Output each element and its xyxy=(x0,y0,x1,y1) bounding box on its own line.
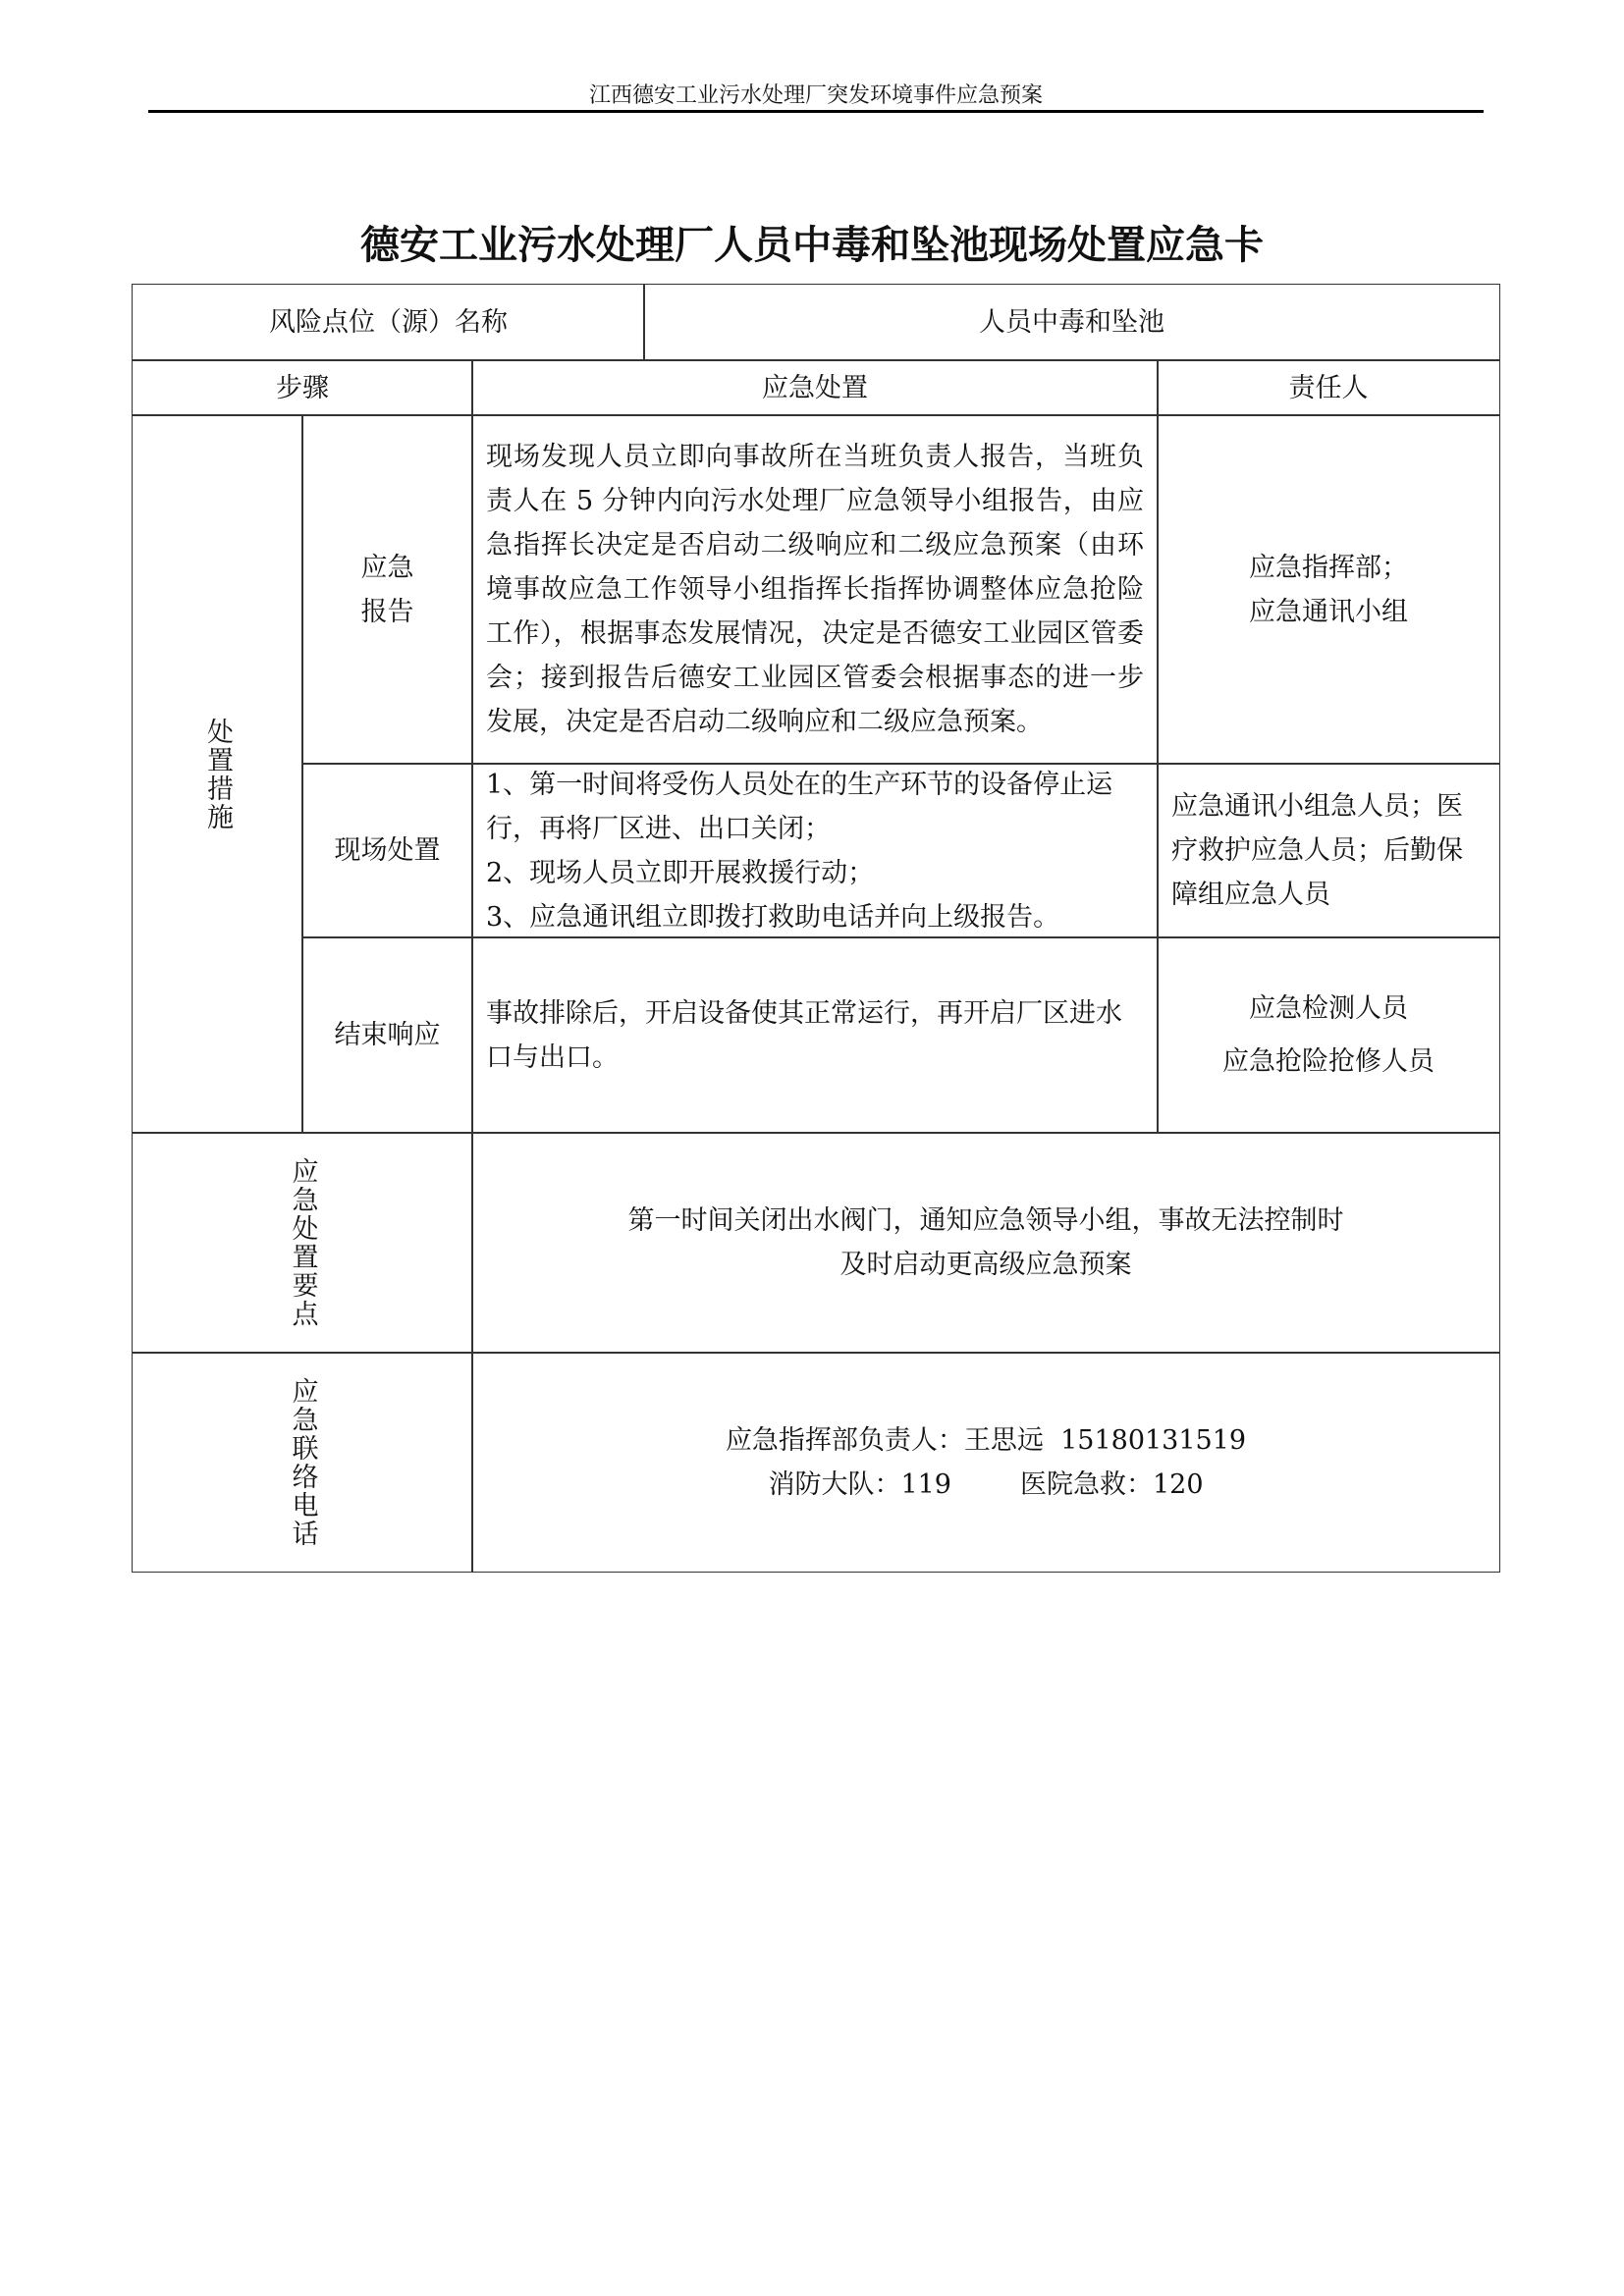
col-owner-header: 责任人 xyxy=(1157,359,1500,416)
col-owner-label: 责任人 xyxy=(1289,366,1369,410)
page-title: 德安工业污水处理厂人员中毒和坠池现场处置应急卡 xyxy=(0,214,1624,270)
contacts-cell: 应急指挥部负责人：王思远 15180131519 消防大队：119医院急救：12… xyxy=(471,1352,1500,1573)
running-header: 江西德安工业污水处理厂突发环境事件应急预案 xyxy=(148,79,1484,109)
step-name-line: 报告 xyxy=(361,590,414,634)
owner-line: 应急指挥部； xyxy=(1249,546,1408,590)
risk-value: 人员中毒和坠池 xyxy=(979,300,1164,345)
step-onsite-action: 1、第一时间将受伤人员处在的生产环节的设备停止运行，再将厂区进、出口关闭； 2、… xyxy=(471,763,1159,938)
owner-line: 应急通讯小组 xyxy=(1249,590,1408,634)
key-points-line: 第一时间关闭出水阀门，通知应急领导小组，事故无法控制时 xyxy=(628,1199,1344,1243)
owner-line: 应急抢险抢修人员 xyxy=(1222,1036,1435,1089)
key-points-line: 及时启动更高级应急预案 xyxy=(840,1243,1132,1287)
step-end-action: 事故排除后，开启设备使其正常运行，再开启厂区进水口与出口。 xyxy=(471,936,1159,1134)
key-points-label: 应急处置要点 xyxy=(290,1157,316,1328)
col-action-label: 应急处置 xyxy=(762,366,868,410)
step-name: 现场处置 xyxy=(335,828,441,873)
action-line: 2、现场人员立即开展救援行动； xyxy=(486,851,874,895)
contacts-label: 应急联络电话 xyxy=(290,1377,316,1548)
group-label-cell: 处置措施 xyxy=(132,414,303,1134)
step-onsite-name: 现场处置 xyxy=(301,763,473,938)
step-name: 结束响应 xyxy=(335,1013,441,1057)
contact-fire: 消防大队：119 xyxy=(768,1469,951,1500)
col-step-header: 步骤 xyxy=(132,359,473,416)
owner-text: 应急通讯小组急人员；医疗救护应急人员；后勤保障组应急人员 xyxy=(1171,784,1486,917)
key-points-cell: 第一时间关闭出水阀门，通知应急领导小组，事故无法控制时 及时启动更高级应急预案 xyxy=(471,1132,1500,1354)
step-report-owner: 应急指挥部； 应急通讯小组 xyxy=(1157,414,1500,765)
contact-line-2: 消防大队：119医院急救：120 xyxy=(768,1463,1203,1507)
action-line: 3、应急通讯组立即拨打救助电话并向上级报告。 xyxy=(486,895,1059,939)
step-end-owner: 应急检测人员 应急抢险抢修人员 xyxy=(1157,936,1500,1134)
header-rule xyxy=(148,110,1484,113)
col-step-label: 步骤 xyxy=(276,366,329,410)
step-report-action: 现场发现人员立即向事故所在当班负责人报告，当班负责人在 5 分钟内向污水处理厂应… xyxy=(471,414,1159,765)
step-end-name: 结束响应 xyxy=(301,936,473,1134)
key-points-label-cell: 应急处置要点 xyxy=(132,1132,473,1354)
step-action-text: 现场发现人员立即向事故所在当班负责人报告，当班负责人在 5 分钟内向污水处理厂应… xyxy=(486,435,1144,744)
step-onsite-owner: 应急通讯小组急人员；医疗救护应急人员；后勤保障组应急人员 xyxy=(1157,763,1500,938)
risk-label-cell: 风险点位（源）名称 xyxy=(132,284,645,361)
action-line: 1、第一时间将受伤人员处在的生产环节的设备停止运行，再将厂区进、出口关闭； xyxy=(486,763,1144,851)
contact-commander: 应急指挥部负责人：王思远 15180131519 xyxy=(726,1418,1246,1463)
group-label: 处置措施 xyxy=(195,718,240,831)
risk-value-cell: 人员中毒和坠池 xyxy=(643,284,1500,361)
risk-label: 风险点位（源）名称 xyxy=(269,300,508,345)
step-action-text: 事故排除后，开启设备使其正常运行，再开启厂区进水口与出口。 xyxy=(486,991,1144,1080)
contacts-label-cell: 应急联络电话 xyxy=(132,1352,473,1573)
step-report-name: 应急 报告 xyxy=(301,414,473,765)
owner-line: 应急检测人员 xyxy=(1249,983,1408,1036)
col-action-header: 应急处置 xyxy=(471,359,1159,416)
contact-hospital: 医院急救：120 xyxy=(1020,1469,1204,1500)
step-name-line: 应急 xyxy=(361,546,414,590)
